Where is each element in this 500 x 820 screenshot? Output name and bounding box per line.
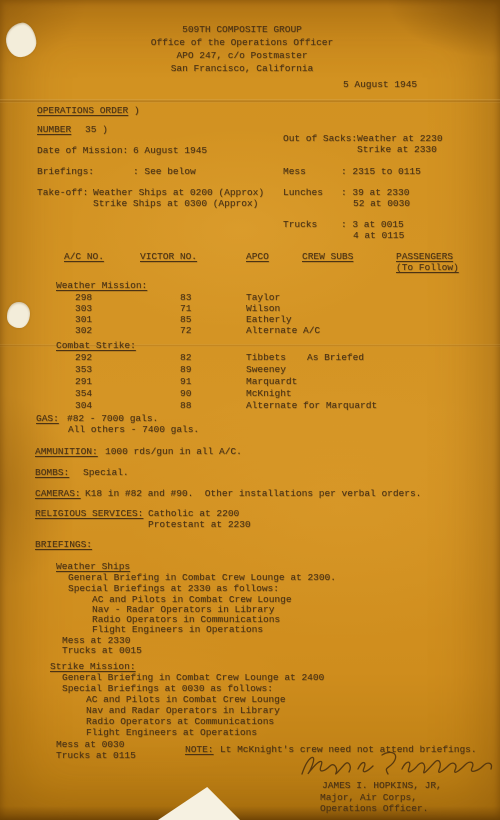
ac-number-cell: 298	[75, 293, 92, 303]
strike-briefing-sub4: Flight Engineers at Operations	[86, 728, 257, 738]
letterhead-city: San Francisco, California	[30, 64, 454, 74]
briefings-ref-value: : See below	[133, 167, 196, 177]
lunches-value2: 52 at 0030	[353, 199, 410, 209]
mess-value: : 2315 to 0115	[341, 167, 421, 177]
gas-line2: All others - 7400 gals.	[68, 425, 199, 435]
religious-services-label: RELIGIOUS SERVICES:	[35, 509, 143, 519]
gas-line1: #82 - 7000 gals.	[67, 414, 158, 424]
mission-date-label: Date of Mission:	[37, 146, 128, 156]
letterhead-unit: 509TH COMPOSITE GROUP	[30, 25, 454, 35]
signature-name: JAMES I. HOPKINS, JR,	[322, 781, 442, 791]
out-of-sacks-label: Out of Sacks:	[283, 134, 357, 144]
ac-number-cell: 301	[75, 315, 92, 325]
weather-briefing-line1: General Briefing in Combat Crew Lounge a…	[68, 573, 336, 583]
victor-number-cell: 83	[180, 293, 191, 303]
victor-number-cell: 90	[180, 389, 191, 399]
ammunition-value: 1000 rds/gun in all A/C.	[105, 447, 242, 457]
lunches-label: Lunches	[283, 188, 323, 198]
crew-subs-cell: As Briefed	[307, 353, 364, 363]
signature-rank: Major, Air Corps,	[320, 793, 417, 803]
mess-label: Mess	[283, 167, 306, 177]
col-header-passengers: PASSENGERS	[396, 252, 453, 262]
apco-cell: Wilson	[246, 304, 280, 314]
signature-title: Operations Officer.	[320, 804, 428, 814]
ac-number-cell: 353	[75, 365, 92, 375]
ac-number-cell: 302	[75, 326, 92, 336]
bombs-value: Special.	[83, 468, 129, 478]
victor-number-cell: 88	[180, 401, 191, 411]
ac-number-cell: 304	[75, 401, 92, 411]
combat-strike-title: Combat Strike:	[56, 341, 136, 351]
apco-cell: Eatherly	[246, 315, 292, 325]
weather-briefing-trucks: Trucks at 0015	[62, 646, 142, 656]
apco-cell: Sweeney	[246, 365, 286, 375]
victor-number-cell: 71	[180, 304, 191, 314]
strike-briefing-mess: Mess at 0030	[56, 740, 124, 750]
col-header-passengers-sub: (To Follow)	[396, 263, 459, 273]
takeoff-line2: Strike Ships at 0300 (Approx)	[93, 199, 258, 209]
victor-number-cell: 91	[180, 377, 191, 387]
strike-briefing-line2: Special Briefings at 0030 as follows:	[62, 684, 273, 694]
letterhead-office: Office of the Operations Officer	[30, 38, 454, 48]
apco-cell: Taylor	[246, 293, 280, 303]
ac-number-cell: 292	[75, 353, 92, 363]
trucks-value2: 4 at 0115	[353, 231, 404, 241]
mission-date-value: 6 August 1945	[133, 146, 207, 156]
briefings-section-title: BRIEFINGS:	[35, 540, 92, 550]
strike-briefing-sub1: AC and Pilots in Combat Crew Lounge	[86, 695, 286, 705]
weather-briefing-line2: Special Briefings at 2330 as follows:	[68, 584, 279, 594]
ac-number-cell: 291	[75, 377, 92, 387]
religious-services-line1: Catholic at 2200	[148, 509, 239, 519]
apco-cell: Alternate A/C	[246, 326, 320, 336]
religious-services-line2: Protestant at 2230	[148, 520, 251, 530]
letterhead-apo: APO 247, c/o Postmaster	[30, 51, 454, 61]
apco-cell: McKnight	[246, 389, 292, 399]
strike-briefing-trucks: Trucks at 0115	[56, 751, 136, 761]
bombs-label: BOMBS:	[35, 468, 69, 478]
cameras-label: CAMERAS:	[35, 489, 81, 499]
takeoff-label: Take-off:	[37, 188, 88, 198]
victor-number-cell: 85	[180, 315, 191, 325]
weather-mission-title: Weather Mission:	[56, 281, 147, 291]
strike-briefing-sub3: Radio Operators at Communications	[86, 717, 274, 727]
victor-number-cell: 72	[180, 326, 191, 336]
note-label: NOTE:	[185, 745, 214, 755]
col-header-ac-no: A/C NO.	[64, 252, 104, 262]
paper-hole-mid-left	[7, 302, 30, 328]
order-title: OPERATIONS ORDER )	[37, 106, 140, 116]
weather-ships-briefing-title: Weather Ships	[56, 562, 130, 572]
paper-tear-bottom	[158, 787, 240, 820]
document-date: 5 August 1945	[343, 80, 417, 90]
briefings-ref-label: Briefings:	[37, 167, 94, 177]
out-of-sacks-line2: Strike at 2330	[357, 145, 437, 155]
out-of-sacks-line1: Weather at 2230	[357, 134, 443, 144]
ac-number-cell: 354	[75, 389, 92, 399]
strike-mission-briefing-title: Strike Mission:	[50, 662, 136, 672]
strike-briefing-sub2: Nav and Radar Operators in Library	[86, 706, 280, 716]
trucks-label: Trucks	[283, 220, 317, 230]
signature-ink-icon	[296, 746, 496, 784]
victor-number-cell: 82	[180, 353, 191, 363]
apco-cell: Tibbets	[246, 353, 286, 363]
gas-label: GAS:	[36, 414, 59, 424]
ac-number-cell: 303	[75, 304, 92, 314]
apco-cell: Alternate for Marquardt	[246, 401, 377, 411]
fold-crease-top	[0, 99, 500, 103]
document-page: 509TH COMPOSITE GROUP Office of the Oper…	[0, 0, 500, 820]
order-number-label: NUMBER	[37, 125, 71, 135]
strike-briefing-line1: General Briefing in Combat Crew Lounge a…	[62, 673, 324, 683]
col-header-crew-subs: CREW SUBS	[302, 252, 353, 262]
trucks-value1: : 3 at 0015	[341, 220, 404, 230]
apco-cell: Marquardt	[246, 377, 297, 387]
victor-number-cell: 89	[180, 365, 191, 375]
col-header-apco: APCO	[246, 252, 269, 262]
order-number-value: 35 )	[85, 125, 108, 135]
order-title-label: OPERATIONS ORDER	[37, 105, 128, 116]
lunches-value1: : 39 at 2330	[341, 188, 409, 198]
weather-briefing-sub4: Flight Engineers in Operations	[92, 625, 263, 635]
ammunition-label: AMMUNITION:	[35, 447, 98, 457]
order-title-paren-glyph: )	[134, 105, 140, 116]
col-header-victor-no: VICTOR NO.	[140, 252, 197, 262]
cameras-value: K18 in #82 and #90. Other installations …	[85, 489, 421, 499]
takeoff-line1: Weather Ships at 0200 (Approx)	[93, 188, 264, 198]
